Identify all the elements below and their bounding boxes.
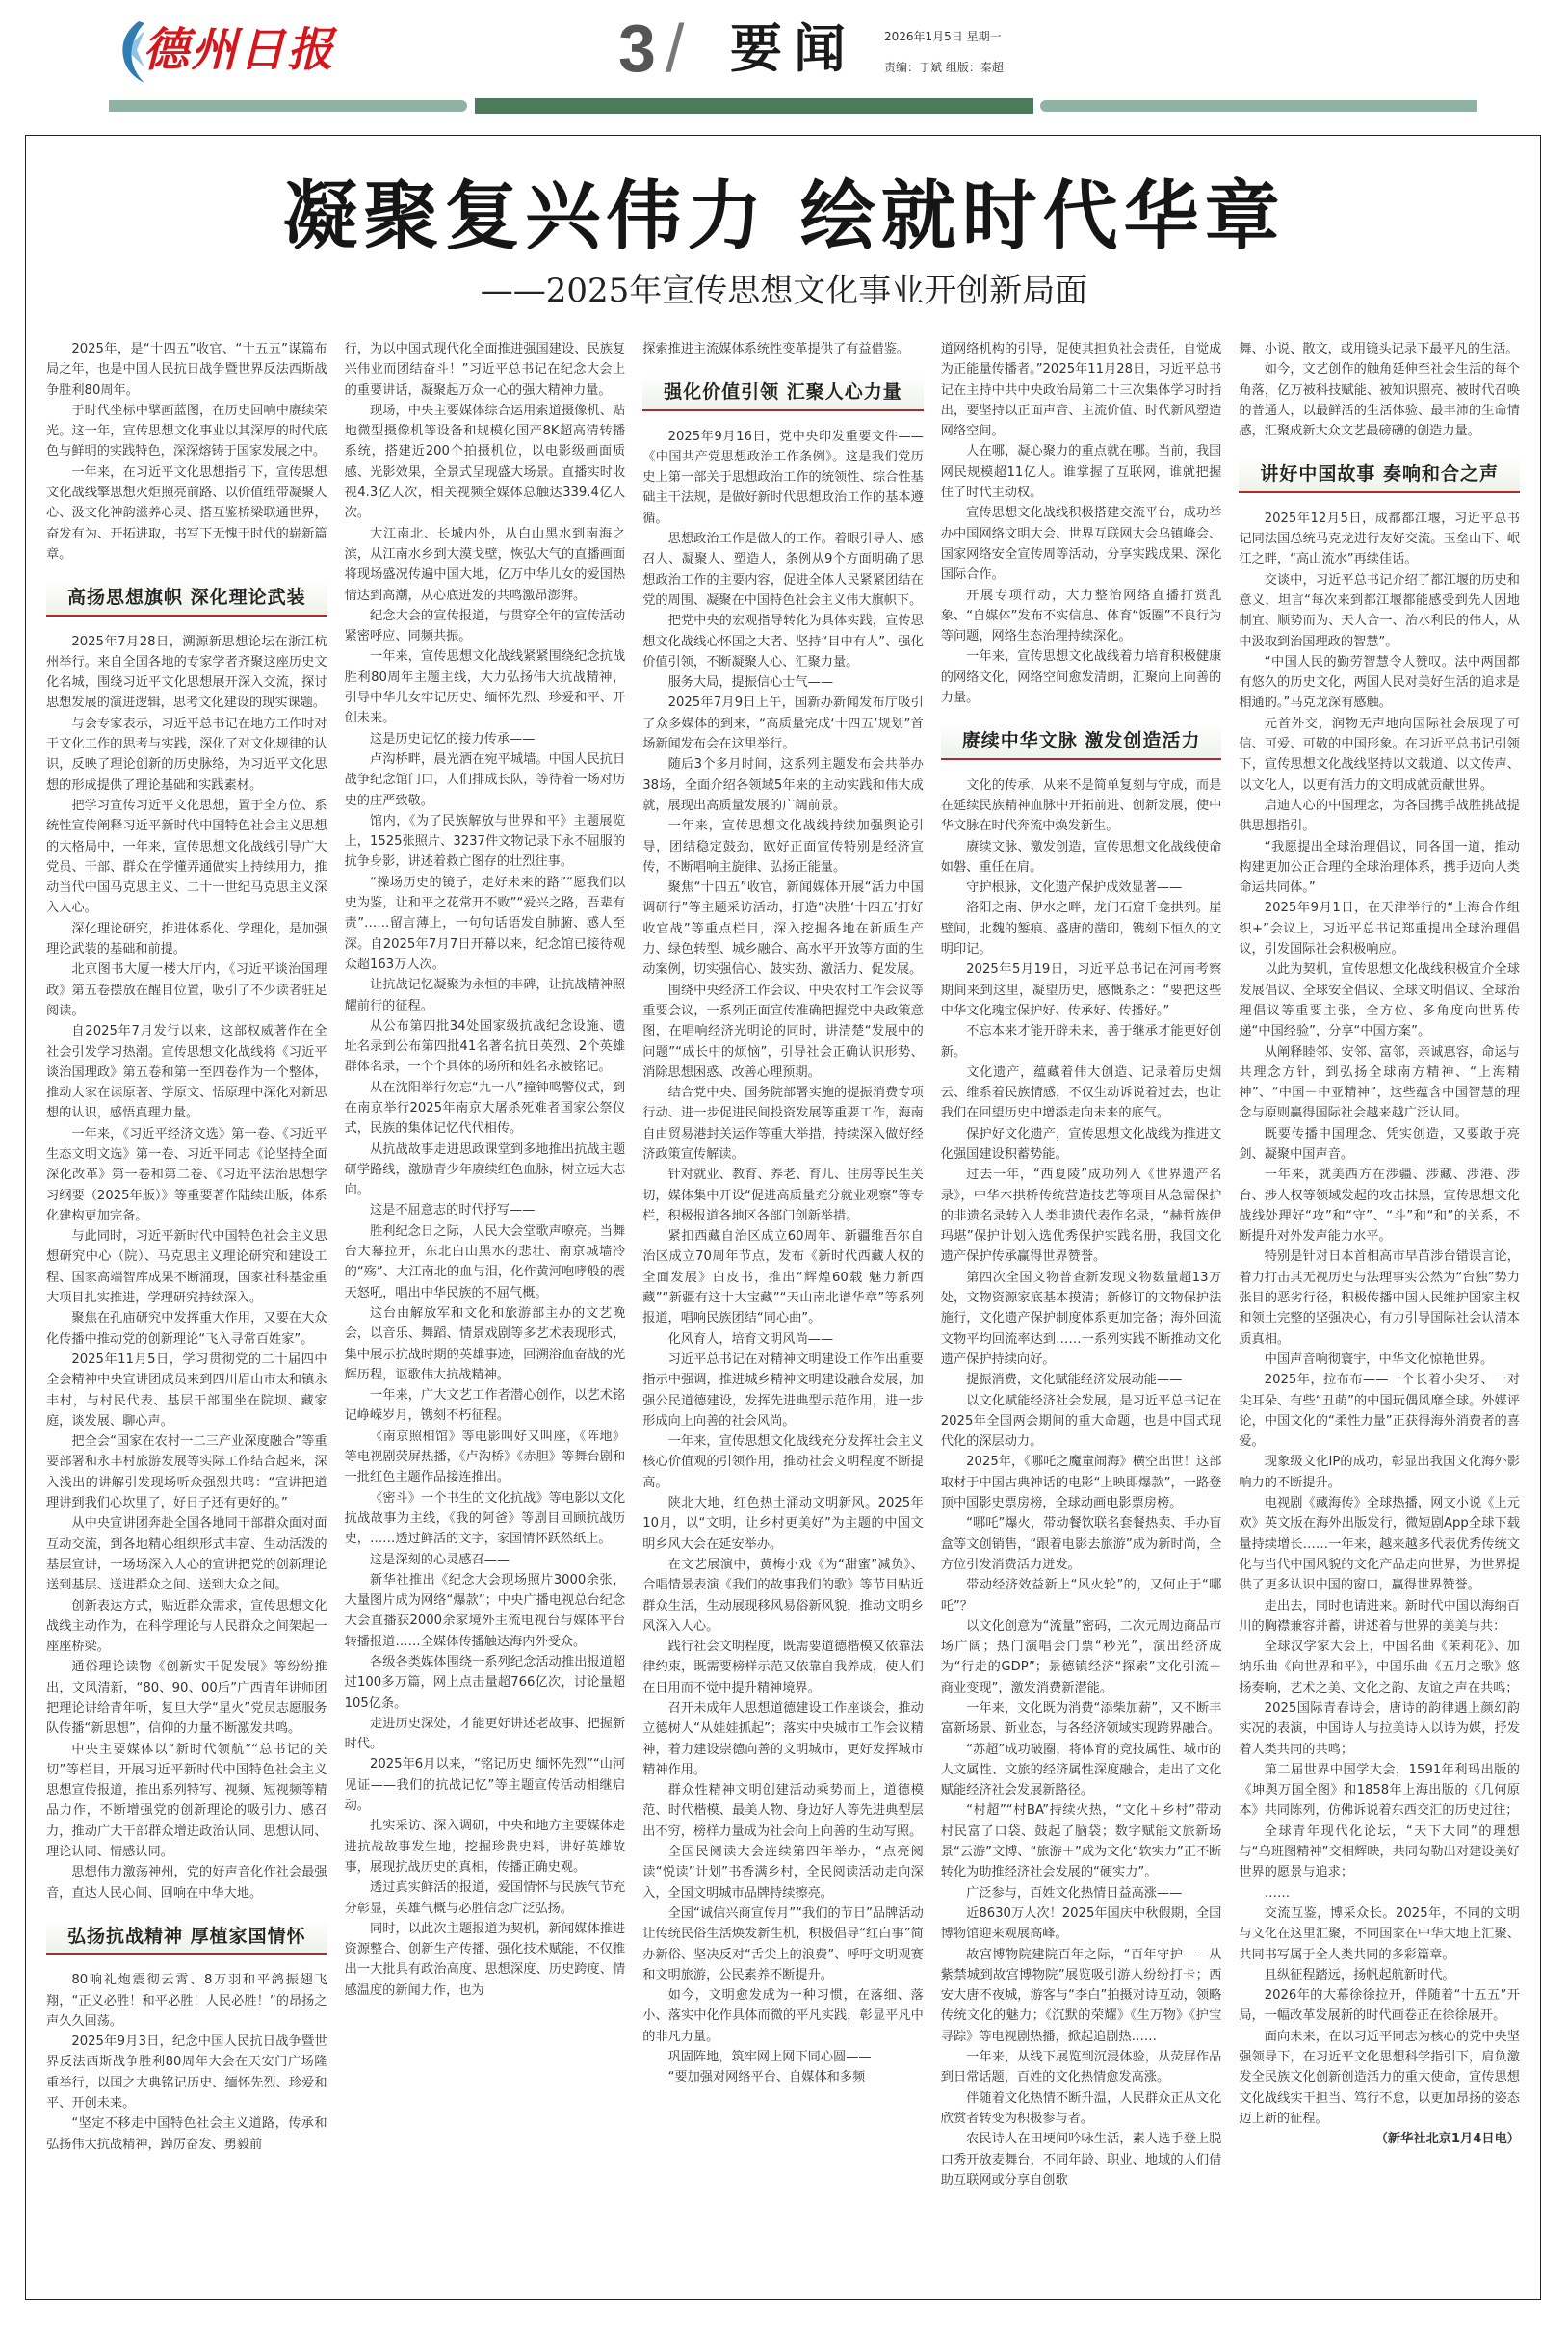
body-paragraph: “坚定不移走中国特色社会主义道路，传承和弘扬伟大抗战精神，踔厉奋发、勇毅前	[46, 2113, 327, 2155]
body-paragraph: 各级各类媒体围绕一系列纪念活动推出报道超过100多万篇，网上点击量超766亿次，…	[345, 1652, 626, 1714]
header-bar-center	[475, 98, 1033, 114]
body-paragraph: 聚焦在孔庙研究中发挥重大作用，又要在大众化传播中推动党的创新理论“飞入寻常百姓家…	[46, 1308, 327, 1350]
body-paragraph: 赓续文脉、激发创造，宣传思想文化战线使命如磐、重任在肩。	[941, 837, 1222, 879]
section-heading: 弘扬抗战精神 厚植家国情怀	[46, 1919, 327, 1955]
body-paragraph: 践行社会文明程度，既需要道德楷模又依靠法律约束，既需要榜样示范又依靠自我养成，使…	[642, 1637, 924, 1698]
body-paragraph: 通俗理论读物《创新实干促发展》等纷纷推出，文风清新，“80、90、00后”广西青…	[46, 1657, 327, 1739]
body-paragraph: 2025年5月19日，习近平总书记在河南考察期间来到这里，凝望历史，感慨系之：“…	[941, 959, 1222, 1021]
body-paragraph: 以此为契机，宣传思想文化战线积极宣介全球发展倡议、全球安全倡议、全球文明倡议、全…	[1239, 959, 1520, 1041]
body-paragraph: 与会专家表示，习近平总书记在地方工作时对于文化工作的思考与实践，深化了对文化规律…	[46, 714, 327, 796]
issue-date: 2026年1月5日 星期一	[884, 29, 1002, 44]
body-paragraph: 结合党中央、国务院部署实施的提振消费专项行动、进一步促进民间投资发展等重要工作，…	[642, 1083, 924, 1165]
body-paragraph: 交流互鉴，博采众长。2025年，不同的文明与文化在这里汇聚，不同国家在中华大地上…	[1239, 1903, 1520, 1965]
article-byline: （新华社北京1月4日电）	[1239, 2129, 1520, 2149]
body-paragraph: 不忘本来才能开辟未来，善于继承才能更好创新。	[941, 1021, 1222, 1063]
body-paragraph: 一年来，宣传思想文化战线充分发挥社会主义核心价值观的引领作用，推动社会文明程度不…	[642, 1431, 924, 1493]
masthead: 德州日报 3/ 要闻 2026年1月5日 星期一 责编：于斌 组版：秦超	[0, 0, 1568, 92]
body-paragraph: 探索推进主流媒体系统性变革提供了有益借鉴。	[642, 339, 924, 359]
body-paragraph: 透过真实鲜活的报道，爱国情怀与民族气节充分彰显，英雄气概与必胜信念广泛弘扬。	[345, 1877, 626, 1919]
body-paragraph: 卢沟桥畔，晨光洒在宛平城墙。中国人民抗日战争纪念馆门口，人们排成长队，等待着一场…	[345, 749, 626, 811]
body-paragraph: 2025年9月16日，党中央印发重要文件——《中国共产党思想政治工作条例》。这是…	[642, 427, 924, 529]
body-paragraph: 既要传播中国理念、凭实创造，又要敢于亮剑、凝聚中国声音。	[1239, 1124, 1520, 1166]
body-paragraph: 伴随着文化热情不断升温，人民群众正从文化欣赏者转变为积极参与者。	[941, 2088, 1222, 2130]
body-paragraph: 服务大局，提振信心士气——	[642, 672, 924, 693]
body-paragraph: 从抗战故事走进思政课堂到多地推出抗战主题研学路线，激励青少年赓续红色血脉，树立远…	[345, 1140, 626, 1201]
body-paragraph: 全国民阅读大会连续第四年举办，“点亮阅读“悦读”计划”书香满乡村，全民阅读活动走…	[642, 1842, 924, 1903]
body-paragraph: 启迪人心的中国理念，为各国携手战胜挑战提供思想指引。	[1239, 796, 1520, 837]
body-paragraph: 故宫博物院建院百年之际，“百年守护——从紫禁城到故宫博物院”展览吸引游人纷纷打卡…	[941, 1945, 1222, 2047]
body-paragraph: 北京图书大厦一楼大厅内，《习近平谈治国理政》第五卷摆放在醒目位置，吸引了不少读者…	[46, 959, 327, 1021]
body-paragraph: 农民诗人在田埂间吟咏生活，素人选手登上脱口秀开放麦舞台，不同年龄、职业、地域的人…	[941, 2129, 1222, 2191]
body-paragraph: 2025年9月1日，在天津举行的“上海合作组织+”会议上，习近平总书记郑重提出全…	[1239, 898, 1520, 959]
body-paragraph: 陕北大地，红色热土涌动文明新风。2025年10月，以“文明，让乡村更美好”为主题…	[642, 1493, 924, 1555]
section-heading: 高扬思想旗帜 深化理论武装	[46, 580, 327, 616]
body-paragraph: 全球青年现代化论坛，“天下大同”的理想与“乌班图精神”交相辉映，共同勾勒出对建设…	[1239, 1822, 1520, 1883]
header-bar-left	[109, 100, 467, 112]
body-paragraph: 特别是针对日本首相高市早苗涉台错误言论，着力打击其无视历史与法理事实公然为“台独…	[1239, 1247, 1520, 1349]
body-paragraph: 道网络机构的引导，促使其担负社会责任，自觉成为正能量传播者。”2025年11月2…	[941, 339, 1222, 441]
body-paragraph: 从阐释睦邻、安邻、富邻，亲诚惠容，命运与共理念方针，到弘扬全球南方精神、“上海精…	[1239, 1042, 1520, 1124]
body-paragraph: 紧扣西藏自治区成立60周年、新疆维吾尔自治区成立70周年节点，发布《新时代西藏人…	[642, 1226, 924, 1328]
section-heading: 讲好中国故事 奏响和合之声	[1239, 457, 1520, 492]
body-paragraph: 2025国际青春诗会，唐诗的韵律遇上颜幻韵实况的表演，中国诗人与拉美诗人以诗为媒…	[1239, 1698, 1520, 1760]
body-paragraph: 化风育人，培育文明风尚——	[642, 1329, 924, 1350]
body-paragraph: 把全会“国家在农村一二三产业深度融合”等重要部署和永丰村旅游发展等实际工作结合起…	[46, 1431, 327, 1513]
body-paragraph: 新华社推出《纪念大会现场照片3000余张，大量图片成为网络“爆款”；中央广播电视…	[345, 1570, 626, 1652]
editor-credits: 责编：于斌 组版：秦超	[884, 60, 1004, 75]
body-paragraph: 针对就业、教育、养老、育儿、住房等民生关切，媒体集中开设“促进高质量充分就业观察…	[642, 1165, 924, 1226]
body-paragraph: 近8630万人次！2025年国庆中秋假期，全国博物馆迎来观展高峰。	[941, 1903, 1222, 1945]
body-paragraph: 守护根脉，文化遗产保护成效显著——	[941, 878, 1222, 898]
body-paragraph: 2025年，《哪吒之魔童闹海》横空出世！这部取材于中国古典神话的电影“上映即爆款…	[941, 1452, 1222, 1513]
article-headline: 凝聚复兴伟力 绘就时代华章	[0, 173, 1568, 260]
body-paragraph: 中央主要媒体以“新时代领航”“总书记的关切”等栏目，开展习近平新时代中国特色社会…	[46, 1740, 327, 1863]
body-paragraph: 把党中央的宏观指导转化为具体实践，宣传思想文化战线心怀国之大者、坚持“目中有人”…	[642, 611, 924, 672]
body-paragraph: 巩固阵地，筑牢网上网下同心圆——	[642, 2047, 924, 2067]
body-paragraph: 思想伟力激荡神州，党的好声音化作社会最强音，直达人民心间、回响在中华大地。	[46, 1862, 327, 1903]
body-paragraph: “我愿提出全球治理倡议，同各国一道，推动构建更加公正合理的全球治理体系，携手迈向…	[1239, 837, 1520, 899]
body-paragraph: 中国声音响彻寰宇，中华文化惊艳世界。	[1239, 1350, 1520, 1370]
body-paragraph: 自2025年7月发行以来，这部权威著作在全社会引发学习热潮。宣传思想文化战线将《…	[46, 1021, 327, 1123]
body-paragraph: 带动经济效益新上“风火轮”的，又何止于“哪吒”？	[941, 1575, 1222, 1616]
body-paragraph: 全国“诚信兴商宣传月”“我们的节日”品牌活动让传统民俗生活焕发新生机，积极倡导“…	[642, 1903, 924, 1985]
body-paragraph: 一年来，文化既为消费“添柴加薪”，又不断丰富新场景、新业态，与各经济领域实现跨界…	[941, 1698, 1222, 1740]
article-column-3: 探索推进主流媒体系统性变革提供了有益借鉴。强化价值引领 汇聚人心力量2025年9…	[642, 339, 924, 2275]
body-paragraph: 大江南北、长城内外，从白山黑水到南海之滨，从江南水乡到大漠戈壁，恢弘大气的直播画…	[345, 524, 626, 606]
body-paragraph: 一年来，《习近平经济文选》第一卷、《习近平生态文明文选》第一卷、习近平同志《论坚…	[46, 1124, 327, 1226]
body-paragraph: 2026年的大幕徐徐拉开，伴随着“十五五”开局，一幅改革发展新的时代画卷正在徐徐…	[1239, 1985, 1520, 2027]
body-paragraph: 走出去，同时也请进来。新时代中国以海纳百川的胸襟兼容并蓄，讲述着与世界的美美与共…	[1239, 1596, 1520, 1638]
body-paragraph: 2025年9月3日，纪念中国人民抗日战争暨世界反法西斯战争胜利80周年大会在天安…	[46, 2032, 327, 2113]
article-subheadline: ——2025年宣传思想文化事业开创新局面	[0, 272, 1568, 310]
body-paragraph: 元首外交，润物无声地向国际社会展现了可信、可爱、可敬的中国形象。在习近平总书记引…	[1239, 714, 1520, 796]
body-paragraph: 《密斗》一个书生的文化抗战》等电影以文化抗战故事为主线，《我的阿爸》等剧目回顾抗…	[345, 1488, 626, 1550]
body-paragraph: 一年来，就美西方在涉疆、涉藏、涉港、涉台、涉人权等领域发起的攻击抹黑，宣传思想文…	[1239, 1165, 1520, 1247]
body-paragraph: 创新表达方式，贴近群众需求，宣传思想文化战线主动作为，在科学理论与人民群众之间架…	[46, 1596, 327, 1658]
body-paragraph: 第四次全国文物普查新发现文物数量超13万处，文物资源家底基本摸清；新修订的文物保…	[941, 1268, 1222, 1370]
body-paragraph: 思想政治工作是做人的工作。着眼引导人、感召人、凝聚人、塑造人，条例从9个方面明确…	[642, 529, 924, 611]
body-paragraph: 交谈中，习近平总书记介绍了都江堰的历史和意义，坦言“每次来到都江堰都能感受到先人…	[1239, 570, 1520, 652]
body-paragraph: 文化的传承，从来不是简单复刻与守成，而是在延续民族精神血脉中开拓前进、创新发展，…	[941, 775, 1222, 837]
body-paragraph: 召开未成年人思想道德建设工作座谈会，推动立德树人“从娃娃抓起”；落实中央城市工作…	[642, 1698, 924, 1780]
body-paragraph: 走进历史深处，才能更好讲述老故事、把握新时代。	[345, 1714, 626, 1755]
body-paragraph: ……	[1239, 1883, 1520, 1903]
body-paragraph: 胜利纪念日之际，人民大会堂歌声嘹亮。当舞台大幕拉开，东北白山黑水的悲壮、南京城墙…	[345, 1221, 626, 1303]
body-paragraph: 馆内，《为了民族解放与世界和平》主题展览上，1525张照片、3237件文物记录下…	[345, 811, 626, 873]
body-paragraph: 《南京照相馆》等电影叫好又叫座，《阵地》等电视剧荧屏热播，《卢沟桥》《赤胆》等舞…	[345, 1427, 626, 1488]
body-paragraph: 以文化创意为“流量”密码，二次元周边商品市场广阔；热门演唱会门票“秒光”，演出经…	[941, 1616, 1222, 1698]
body-paragraph: 围绕中央经济工作会议、中央农村工作会议等重要会议，一系列正面宣传准确把握党中央政…	[642, 981, 924, 1083]
body-paragraph: 舞、小说、散文，或用镜头记录下最平凡的生活。	[1239, 339, 1520, 359]
body-paragraph: 一年来，宣传思想文化战线持续加强舆论引导，团结稳定鼓劲，欧好正面宣传特别是经济宣…	[642, 816, 924, 878]
body-paragraph: 洛阳之南、伊水之畔，龙门石窟千龛拱列。崖壁间，北魏的錾痕、盛唐的凿印，镌刻下恒久…	[941, 898, 1222, 959]
body-paragraph: 宣传思想文化战线积极搭建交流平台，成功举办中国网络文明大会、世界互联网大会乌镇峰…	[941, 503, 1222, 585]
body-paragraph: 2025年7月9日上午，国新办新闻发布厅吸引了众多媒体的到来，“高质量完成‘十四…	[642, 693, 924, 754]
body-paragraph: 这是深刻的心灵感召——	[345, 1550, 626, 1570]
body-paragraph: 2025年6月以来，“铭记历史 缅怀先烈”“山河见证——我们的抗战记忆”等主题宣…	[345, 1754, 626, 1816]
body-paragraph: 2025年7月28日，溯源新思想论坛在浙江杭州举行。来自全国各地的专家学者齐聚这…	[46, 632, 327, 714]
body-paragraph: 保护好文化遗产，宣传思想文化战线为推进文化强国建设积蓄势能。	[941, 1124, 1222, 1166]
body-paragraph: 一年来，从线下展览到沉浸体验，从荧屏作品到日常话题，百姓的文化热情愈发高涨。	[941, 2047, 1222, 2088]
body-paragraph: 一年来，广大文艺工作者潜心创作，以艺术铭记峥嵘岁月，镌刻不朽征程。	[345, 1385, 626, 1427]
body-paragraph: “哪吒”爆火，带动餐饮联名套餐热卖、手办盲盒等文创销售，“跟着电影去旅游”成为新…	[941, 1513, 1222, 1575]
body-paragraph: “苏超”成功破圈，将体育的竞技属性、城市的人文属性、文旅的经济属性深度融合，走出…	[941, 1740, 1222, 1801]
body-paragraph: 行，为以中国式现代化全面推进强国建设、民族复兴伟业而团结奋斗！”习近平总书记在纪…	[345, 339, 626, 401]
body-paragraph: 过去一年，“西夏陵”成功列入《世界遗产名录》，中华木拱桥传统营造技艺等项目从急需…	[941, 1165, 1222, 1267]
article-column-1: 2025年，是“十四五”收官、“十五五”谋篇布局之年，也是中国人民抗日战争暨世界…	[46, 339, 327, 2275]
article-column-5: 舞、小说、散文，或用镜头记录下最平凡的生活。如今，文艺创作的触角延伸至社会生活的…	[1239, 339, 1520, 2275]
body-paragraph: “要加强对网络平台、自媒体和多频	[642, 2067, 924, 2087]
body-paragraph: “村超”“村BA”持续火热，“文化＋乡村”带动村民富了口袋、鼓起了脑袋；数字赋能…	[941, 1800, 1222, 1882]
body-paragraph: 80响礼炮震彻云霄、8万羽和平鸽振翅飞翔，“正义必胜！和平必胜！人民必胜！”的昂…	[46, 1970, 327, 2032]
body-paragraph: 习近平总书记在对精神文明建设工作作出重要指示中强调，推进城乡精神文明建设融合发展…	[642, 1350, 924, 1431]
body-paragraph: “中国人民的勤劳智慧令人赞叹。法中两国都有悠久的历史文化，两国人民对美好生活的追…	[1239, 652, 1520, 714]
body-paragraph: 如今，文明愈发成为一种习惯，在落细、落小、落实中化作具体而微的平凡实践，彰显平凡…	[642, 1985, 924, 2047]
body-paragraph: 以文化赋能经济社会发展，是习近平总书记在2025年全国两会期间的重大命题，也是中…	[941, 1391, 1222, 1453]
article-column-4: 道网络机构的引导，促使其担负社会责任，自觉成为正能量传播者。”2025年11月2…	[941, 339, 1222, 2275]
body-paragraph: 2025年11月5日，学习贯彻党的二十届四中全会精神中央宣讲团成员来到四川眉山市…	[46, 1350, 327, 1431]
body-paragraph: 把学习宣传习近平文化思想，置于全方位、系统性宣传阐释习近平新时代中国特色社会主义…	[46, 796, 327, 919]
body-paragraph: 一年来，宣传思想文化战线紧紧围绕纪念抗战胜利80周年主题主线，大力弘扬伟大抗战精…	[345, 646, 626, 728]
body-paragraph: 群众性精神文明创建活动乘势而上，道德模范、时代楷模、最美人物、身边好人等先进典型…	[642, 1780, 924, 1842]
body-paragraph: 同时，以此次主题报道为契机，新闻媒体推进资源整合、创新生产传播、强化技术赋能，不…	[345, 1919, 626, 2001]
section-name: 要闻	[730, 17, 857, 81]
body-paragraph: 一年来，宣传思想文化战线着力培育积极健康的网络文化，网络空间愈发清朗，汇聚向上向…	[941, 646, 1222, 708]
body-paragraph: 2025年，拉布布——一个长着小尖牙、一对尖耳朵、有些“丑萌”的中国玩偶风靡全球…	[1239, 1370, 1520, 1452]
body-paragraph: 这台由解放军和文化和旅游部主办的文艺晚会，以音乐、舞蹈、情景戏剧等多艺术表现形式…	[345, 1303, 626, 1385]
body-paragraph: 纪念大会的宣传报道，与贯穿全年的宣传活动紧密呼应、同频共振。	[345, 606, 626, 647]
article-body: 2025年，是“十四五”收官、“十五五”谋篇布局之年，也是中国人民抗日战争暨世界…	[46, 339, 1520, 2275]
section-heading: 赓续中华文脉 激发创造活力	[941, 723, 1222, 759]
body-paragraph: 从公布第四批34处国家级抗战纪念设施、遗址名录到公布第四批41名著名抗日英烈、2…	[345, 1016, 626, 1078]
page-slash: /	[666, 11, 684, 86]
body-paragraph: 于时代坐标中擘画蓝图，在历史回响中赓续荣光。这一年，宣传思想文化事业以其深厚的时…	[46, 401, 327, 462]
body-paragraph: 人在哪，凝心聚力的重点就在哪。当前，我国网民规模超11亿人。谁掌握了互联网，谁就…	[941, 441, 1222, 503]
body-paragraph: 这是不屈意志的时代抒写——	[345, 1200, 626, 1220]
body-paragraph: 随后3个多月时间，这系列主题发布会共举办38场，全面介绍各领域5年来的主动实践和…	[642, 754, 924, 816]
body-paragraph: 面向未来，在以习近平同志为核心的党中央坚强领导下，在习近平文化思想科学指引下，肩…	[1239, 2027, 1520, 2129]
body-paragraph: 从在沈阳举行勿忘“九一八”撞钟鸣警仪式，到在南京举行2025年南京大屠杀死难者国…	[345, 1078, 626, 1140]
body-paragraph: 如今，文艺创作的触角延伸至社会生活的每个角落，亿万被科技赋能、被知识照亮、被时代…	[1239, 359, 1520, 441]
body-paragraph: 文化遗产，蕴藏着伟大创造、记录着历史烟云、维系着民族情感，不仅生动诉说着过去，也…	[941, 1063, 1222, 1124]
body-paragraph: 这是历史记忆的接力传承——	[345, 729, 626, 749]
article-column-2: 行，为以中国式现代化全面推进强国建设、民族复兴伟业而团结奋斗！”习近平总书记在纪…	[345, 339, 626, 2275]
header-bar-right	[1040, 100, 1477, 112]
body-paragraph: 电视剧《藏海传》全球热播，网文小说《上元欢》英文版在海外出版发行，微短剧App全…	[1239, 1493, 1520, 1595]
body-paragraph: 2025年12月5日，成都都江堰，习近平总书记同法国总统马克龙进行友好交流。玉垒…	[1239, 509, 1520, 570]
body-paragraph: 深化理论研究，推进体系化、学理化，是加强理论武装的基础和前提。	[46, 919, 327, 960]
body-paragraph: 一年来，在习近平文化思想指引下，宣传思想文化战线擎思想火炬照亮前路、以价值纽带凝…	[46, 462, 327, 564]
page-number: 3	[618, 11, 656, 86]
body-paragraph: 让抗战记忆凝聚为永恒的丰碑，让抗战精神照耀前行的征程。	[345, 975, 626, 1016]
section-heading: 强化价值引领 汇聚人心力量	[642, 375, 924, 410]
body-paragraph: 扎实采访、深入调研，中央和地方主要媒体走进抗战故事发生地，挖掘珍贵史料，讲好英雄…	[345, 1816, 626, 1877]
body-paragraph: 广泛参与，百姓文化热情日益高涨——	[941, 1883, 1222, 1903]
body-paragraph: 且纵征程踏远，扬帆起航新时代。	[1239, 1965, 1520, 1985]
body-paragraph: 与此同时，习近平新时代中国特色社会主义思想研究中心（院）、马克思主义理论研究和建…	[46, 1226, 327, 1308]
body-paragraph: 从中央宣讲团奔赴全国各地同干部群众面对面互动交流，到各地精心组织形式丰富、生动活…	[46, 1513, 327, 1595]
body-paragraph: 开展专项行动，大力整治网络直播打赏乱象、“自媒体”发布不实信息、体育“饭圈”不良…	[941, 586, 1222, 647]
body-paragraph: 2025年，是“十四五”收官、“十五五”谋篇布局之年，也是中国人民抗日战争暨世界…	[46, 339, 327, 401]
body-paragraph: 第二届世界中国学大会，1591年利玛出版的《坤舆万国全图》和1858年上海出版的…	[1239, 1760, 1520, 1822]
body-paragraph: 聚焦“十四五”收官，新闻媒体开展“活力中国调研行”等主题采访活动，打造“决胜‘十…	[642, 878, 924, 980]
body-paragraph: 全球汉学家大会上，中国名曲《茉莉花》、加纳乐曲《向世界和平》，中国乐曲《五月之歌…	[1239, 1637, 1520, 1698]
body-paragraph: “操场历史的镜子，走好未来的路”“愿我们以史为鉴，让和平之花常开不败”“爱兴之路…	[345, 873, 626, 975]
body-paragraph: 提振消费，文化赋能经济发展动能——	[941, 1370, 1222, 1390]
body-paragraph: 现场，中央主要媒体综合运用索道摄像机、贴地微型摄像机等设备和规模化国产8K超高清…	[345, 401, 626, 524]
body-paragraph: 现象级文化IP的成功，彰显出我国文化海外影响力的不断提升。	[1239, 1452, 1520, 1493]
body-paragraph: 在文艺展演中，黄梅小戏《为“甜蜜”减负》、合唱情景表演《我们的故事我们的歌》等节…	[642, 1555, 924, 1637]
